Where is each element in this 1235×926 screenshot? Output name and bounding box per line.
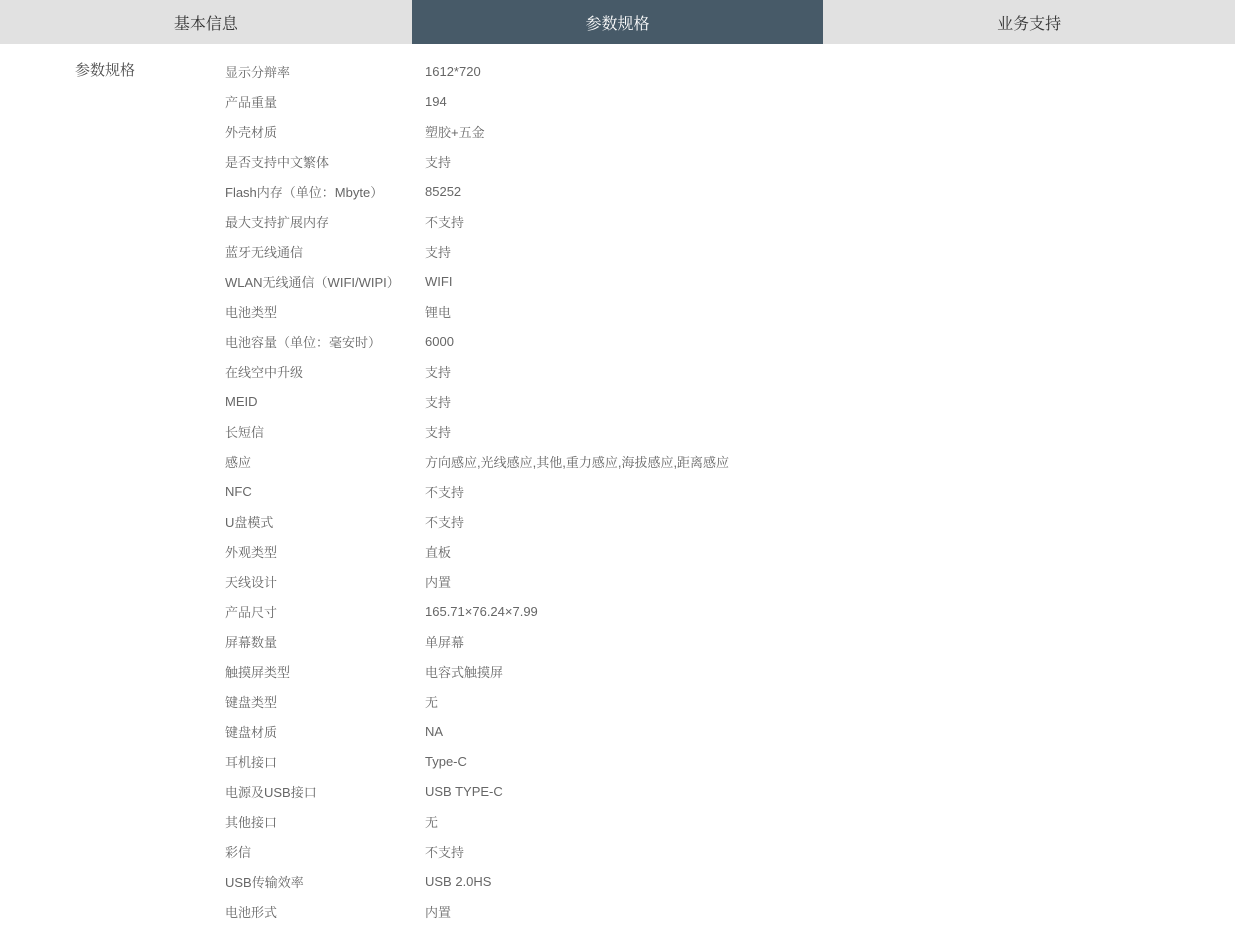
spec-label: 是否支持中文繁体 (225, 152, 425, 171)
spec-value: 不支持 (425, 212, 464, 231)
tab-1-active[interactable]: 参数规格 (412, 0, 824, 44)
spec-label: 产品尺寸 (225, 602, 425, 621)
spec-value: NA (425, 724, 443, 739)
spec-value: Type-C (425, 754, 467, 769)
spec-label: 最大支持扩展内存 (225, 212, 425, 231)
spec-row: USB传输效率USB 2.0HS (225, 866, 1235, 896)
spec-page: 参数规格 显示分辩率1612*720产品重量194外壳材质塑胶+五金是否支持中文… (0, 44, 1235, 926)
spec-value: 支持 (425, 152, 451, 171)
spec-value: 无 (425, 812, 438, 831)
spec-label: 感应 (225, 452, 425, 471)
spec-row: 外壳材质塑胶+五金 (225, 116, 1235, 146)
spec-row: 触摸屏类型电容式触摸屏 (225, 656, 1235, 686)
spec-label: 电源及USB接口 (225, 782, 425, 801)
spec-value: 直板 (425, 542, 451, 561)
spec-label: 屏幕数量 (225, 632, 425, 651)
spec-row: 电池容量（单位：毫安时）6000 (225, 326, 1235, 356)
spec-label: 电池形式 (225, 902, 425, 921)
spec-row: 键盘材质NA (225, 716, 1235, 746)
tab-2[interactable]: 业务支持 (823, 0, 1235, 44)
spec-row: 产品重量194 (225, 86, 1235, 116)
spec-value: 电容式触摸屏 (425, 662, 503, 681)
spec-value: 无 (425, 692, 438, 711)
spec-label: 外壳材质 (225, 122, 425, 141)
spec-label: 耳机接口 (225, 752, 425, 771)
spec-row: 其他接口无 (225, 806, 1235, 836)
spec-label: 在线空中升级 (225, 362, 425, 381)
spec-value: 支持 (425, 422, 451, 441)
spec-row: NFC不支持 (225, 476, 1235, 506)
spec-value: USB 2.0HS (425, 874, 491, 889)
spec-row: 彩信不支持 (225, 836, 1235, 866)
spec-label: 电池类型 (225, 302, 425, 321)
spec-label: 蓝牙无线通信 (225, 242, 425, 261)
spec-value: 不支持 (425, 842, 464, 861)
spec-label: NFC (225, 484, 425, 499)
spec-value: USB TYPE-C (425, 784, 503, 799)
spec-label: 键盘类型 (225, 692, 425, 711)
section-title: 参数规格 (0, 56, 225, 926)
spec-row: 天线设计内置 (225, 566, 1235, 596)
spec-row: 电池形式内置 (225, 896, 1235, 926)
spec-label: 产品重量 (225, 92, 425, 111)
spec-label: 电池容量（单位：毫安时） (225, 332, 425, 351)
spec-row: 是否支持中文繁体支持 (225, 146, 1235, 176)
spec-label: 键盘材质 (225, 722, 425, 741)
spec-value: 支持 (425, 392, 451, 411)
spec-value: 单屏幕 (425, 632, 464, 651)
spec-row: 在线空中升级支持 (225, 356, 1235, 386)
spec-value: 6000 (425, 334, 454, 349)
spec-row: Flash内存（单位：Mbyte）85252 (225, 176, 1235, 206)
spec-row: 最大支持扩展内存不支持 (225, 206, 1235, 236)
spec-label: 外观类型 (225, 542, 425, 561)
spec-label: USB传输效率 (225, 872, 425, 891)
spec-value: 165.71×76.24×7.99 (425, 604, 538, 619)
spec-row: 电池类型锂电 (225, 296, 1235, 326)
spec-value: 不支持 (425, 512, 464, 531)
spec-value: 锂电 (425, 302, 451, 321)
tab-bar: 基本信息参数规格业务支持 (0, 0, 1235, 44)
spec-label: MEID (225, 394, 425, 409)
spec-row: 电源及USB接口USB TYPE-C (225, 776, 1235, 806)
spec-row: 显示分辩率1612*720 (225, 56, 1235, 86)
spec-row: 外观类型直板 (225, 536, 1235, 566)
spec-value: 内置 (425, 572, 451, 591)
spec-row: WLAN无线通信（WIFI/WIPI）WIFI (225, 266, 1235, 296)
spec-value: 85252 (425, 184, 461, 199)
spec-label: Flash内存（单位：Mbyte） (225, 182, 425, 201)
spec-value: 支持 (425, 242, 451, 261)
spec-row: U盘模式不支持 (225, 506, 1235, 536)
spec-value: 内置 (425, 902, 451, 921)
spec-row: 蓝牙无线通信支持 (225, 236, 1235, 266)
spec-value: WIFI (425, 274, 452, 289)
spec-label: 长短信 (225, 422, 425, 441)
spec-value: 塑胶+五金 (425, 122, 485, 141)
spec-value: 方向感应,光线感应,其他,重力感应,海拔感应,距离感应 (425, 452, 729, 471)
spec-label: 天线设计 (225, 572, 425, 591)
spec-label: U盘模式 (225, 512, 425, 531)
spec-row: 产品尺寸165.71×76.24×7.99 (225, 596, 1235, 626)
spec-label: 其他接口 (225, 812, 425, 831)
spec-label: 彩信 (225, 842, 425, 861)
spec-table: 显示分辩率1612*720产品重量194外壳材质塑胶+五金是否支持中文繁体支持F… (225, 56, 1235, 926)
spec-label: WLAN无线通信（WIFI/WIPI） (225, 272, 425, 291)
spec-value: 不支持 (425, 482, 464, 501)
spec-row: MEID支持 (225, 386, 1235, 416)
spec-row: 长短信支持 (225, 416, 1235, 446)
spec-value: 支持 (425, 362, 451, 381)
spec-value: 1612*720 (425, 64, 481, 79)
spec-row: 键盘类型无 (225, 686, 1235, 716)
spec-value: 194 (425, 94, 447, 109)
spec-row: 耳机接口Type-C (225, 746, 1235, 776)
spec-label: 显示分辩率 (225, 62, 425, 81)
spec-label: 触摸屏类型 (225, 662, 425, 681)
spec-row: 感应方向感应,光线感应,其他,重力感应,海拔感应,距离感应 (225, 446, 1235, 476)
tab-0[interactable]: 基本信息 (0, 0, 412, 44)
spec-row: 屏幕数量单屏幕 (225, 626, 1235, 656)
